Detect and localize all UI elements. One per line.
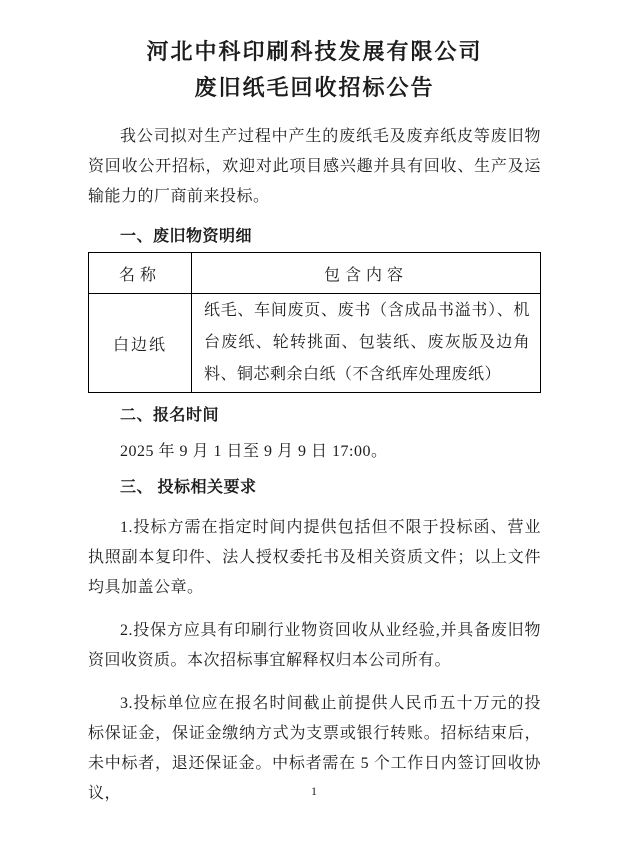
requirement-item-2: 2.投保方应具有印刷行业物资回收从业经验,并具备废旧物资回收资质。本次招标事宜解… bbox=[88, 616, 541, 676]
material-name-cell: 白边纸 bbox=[89, 294, 192, 393]
document-title: 河北中科印刷科技发展有限公司 废旧纸毛回收招标公告 bbox=[88, 34, 541, 106]
requirement-item-1: 1.投标方需在指定时间内提供包括但不限于投标函、营业执照副本复印件、法人授权委托… bbox=[88, 513, 541, 603]
materials-table: 名称 包含内容 白边纸 纸毛、车间废页、废书（含成品书溢书）、机台废纸、轮转挑面… bbox=[88, 252, 541, 393]
title-line-company: 河北中科印刷科技发展有限公司 bbox=[88, 34, 541, 70]
section-1-heading: 一、废旧物资明细 bbox=[88, 226, 541, 248]
column-header-content: 包含内容 bbox=[192, 253, 541, 294]
page-number: 1 bbox=[0, 784, 628, 799]
materials-table-header-row: 名称 包含内容 bbox=[89, 253, 541, 294]
materials-table-row: 白边纸 纸毛、车间废页、废书（含成品书溢书）、机台废纸、轮转挑面、包装纸、废灰版… bbox=[89, 294, 541, 393]
intro-paragraph: 我公司拟对生产过程中产生的废纸毛及废弃纸皮等废旧物资回收公开招标，欢迎对此项目感… bbox=[88, 122, 541, 212]
section-3-heading: 三、 投标相关要求 bbox=[88, 477, 541, 499]
registration-period-text: 2025 年 9 月 1 日至 9 月 9 日 17:00。 bbox=[88, 441, 541, 463]
document-page: 河北中科印刷科技发展有限公司 废旧纸毛回收招标公告 我公司拟对生产过程中产生的废… bbox=[0, 0, 628, 851]
section-2-heading: 二、报名时间 bbox=[88, 405, 541, 427]
title-line-notice: 废旧纸毛回收招标公告 bbox=[88, 70, 541, 106]
material-content-cell: 纸毛、车间废页、废书（含成品书溢书）、机台废纸、轮转挑面、包装纸、废灰版及边角料… bbox=[192, 294, 541, 393]
column-header-name: 名称 bbox=[89, 253, 192, 294]
